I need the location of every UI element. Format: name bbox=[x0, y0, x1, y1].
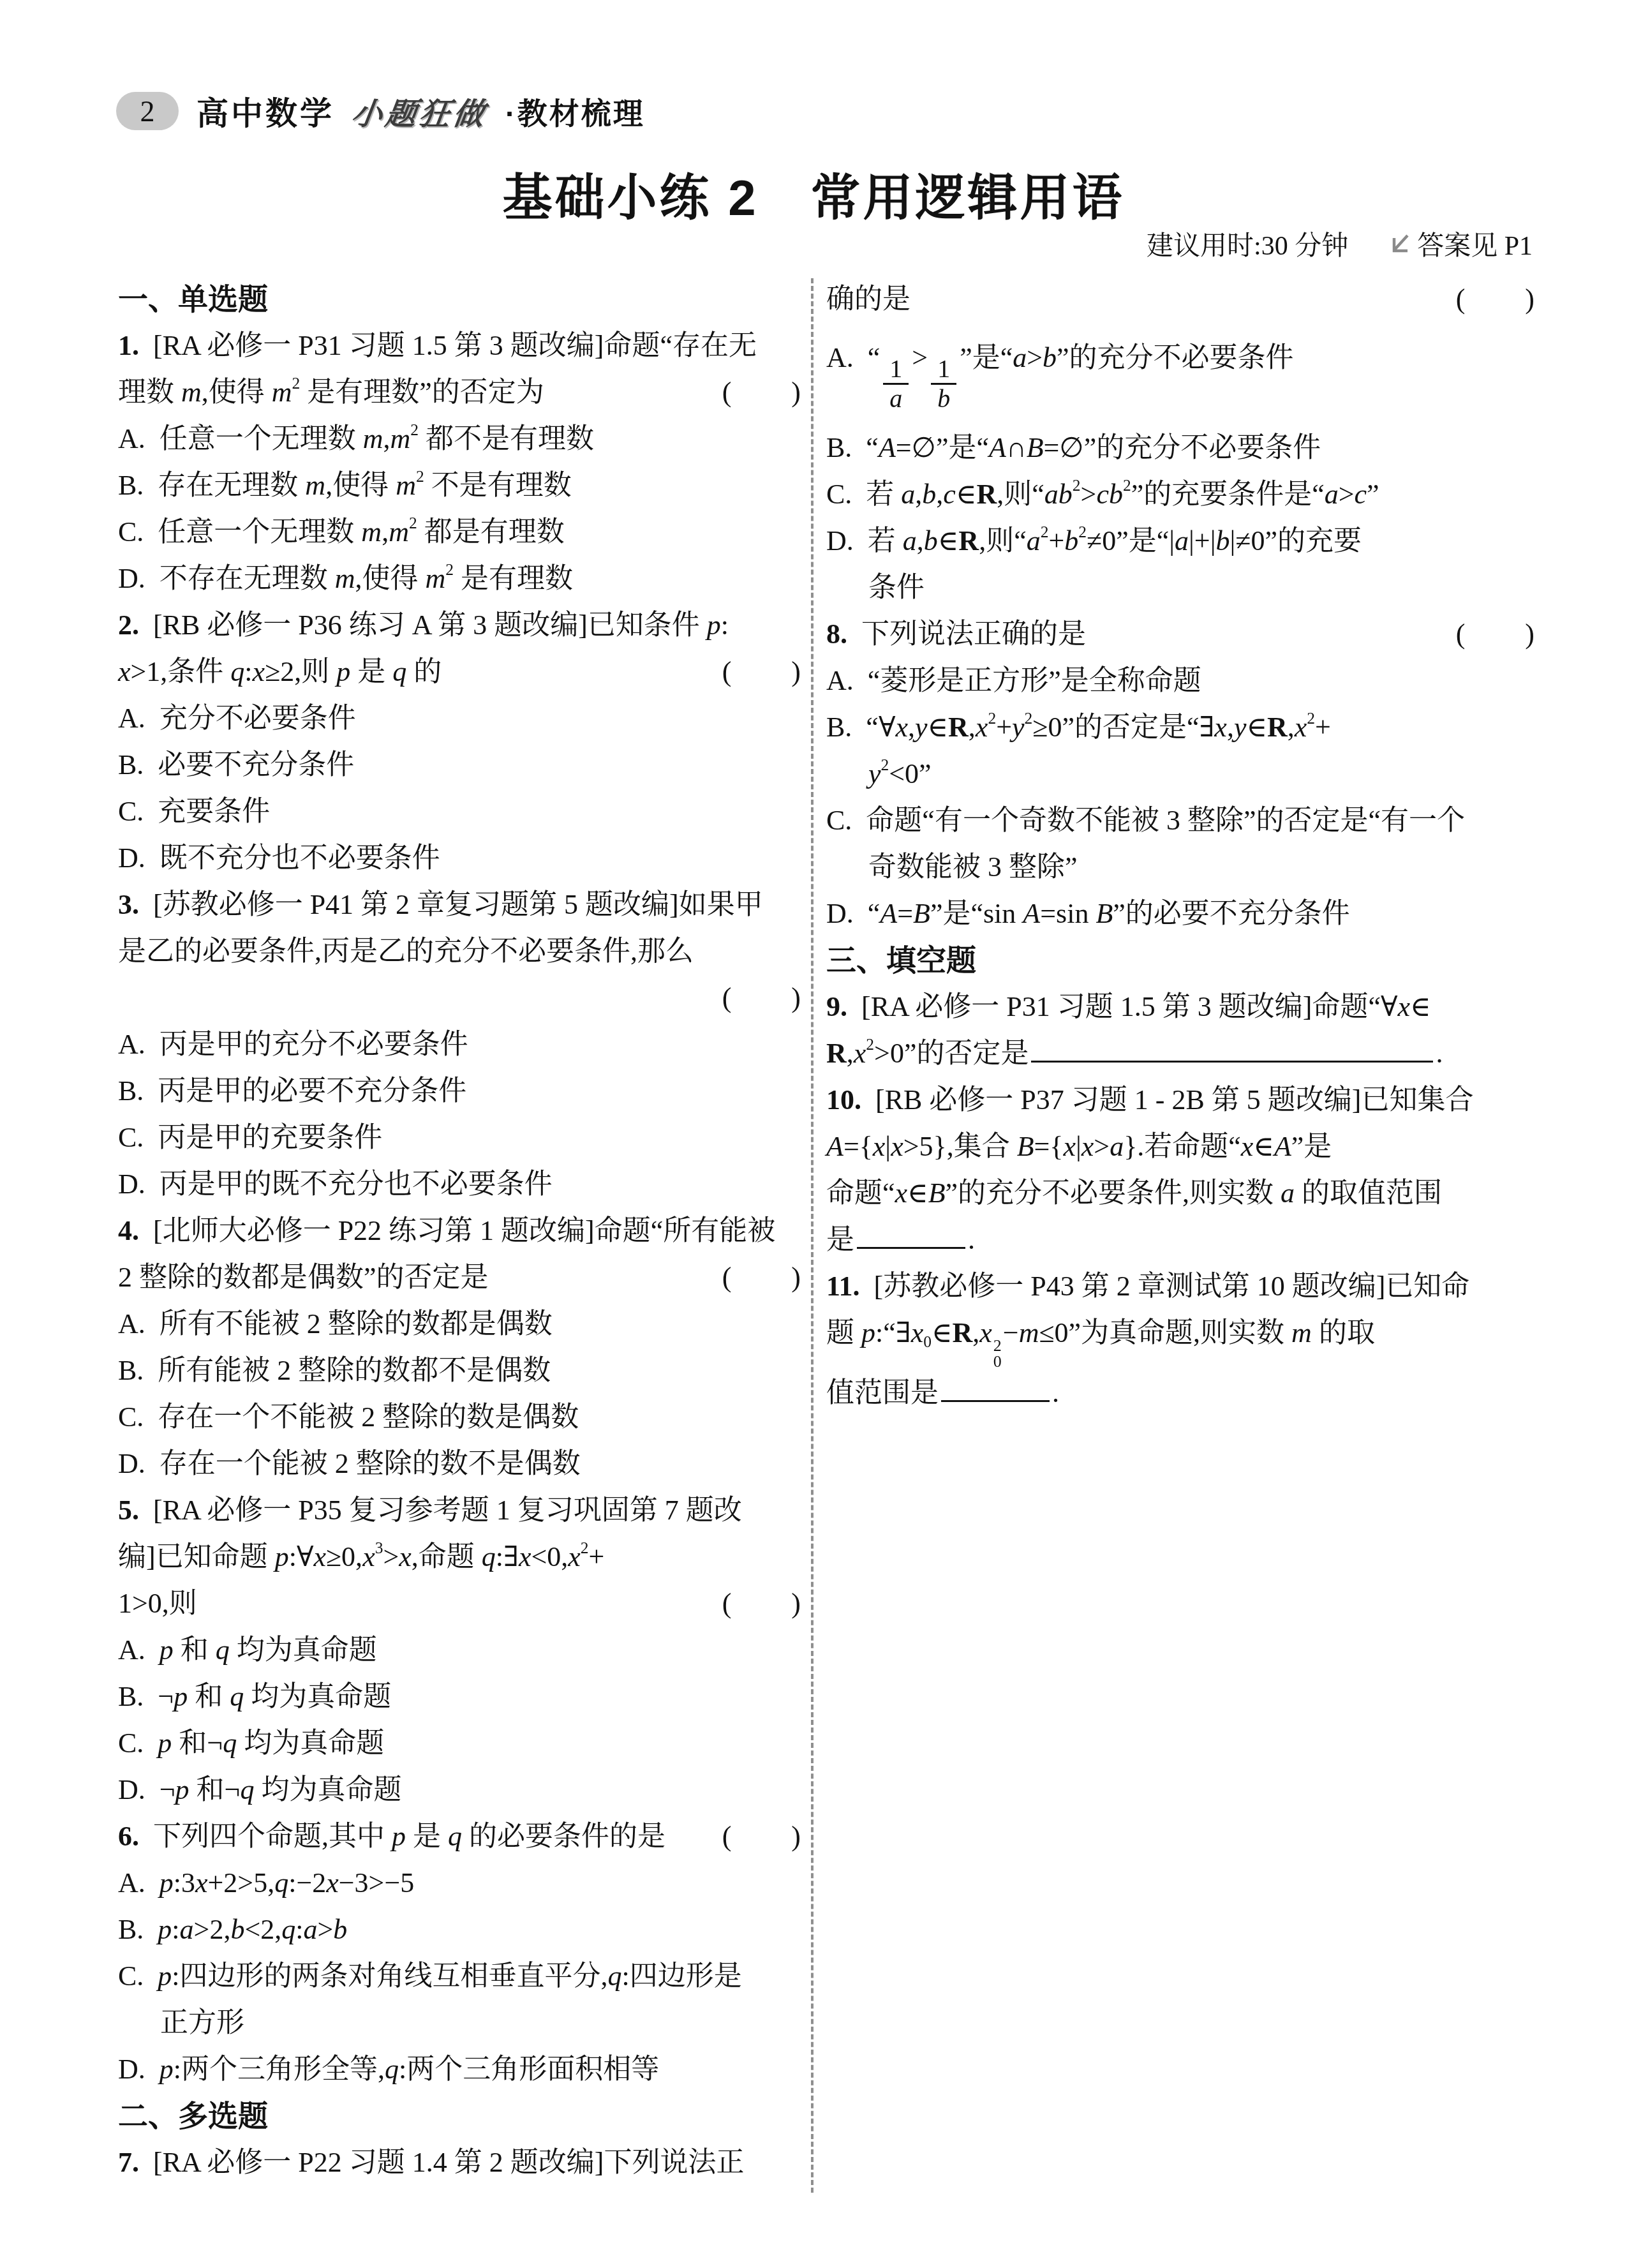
line-text: 1>0,则 bbox=[118, 1580, 197, 1627]
line-text: 三、填空题 bbox=[826, 937, 976, 983]
question-text-line: 9. [RA 必修一 P31 习题 1.5 第 3 题改编]命题“∀x∈ bbox=[826, 983, 1536, 1030]
question-text-line: B. 丙是甲的必要不充分条件 bbox=[118, 1068, 802, 1114]
question-text-line: C. 充要条件 bbox=[118, 788, 802, 835]
question-text-line: A. 任意一个无理数 m,m2 都不是有理数 bbox=[118, 415, 802, 462]
section-heading: 一、单选题 bbox=[118, 276, 802, 322]
line-text: 正方形 bbox=[160, 1999, 244, 2046]
question-text-line: C. 命题“有一个奇数不能被 3 整除”的否定是“有一个 bbox=[826, 797, 1536, 844]
question-text-line: 8. 下列说法正确的是( ) bbox=[826, 611, 1536, 657]
line-text: 值范围是. bbox=[826, 1369, 1059, 1416]
question-text-line: ( ) bbox=[118, 974, 802, 1021]
question-text-line: D. ¬p 和¬q 均为真命题 bbox=[118, 1766, 802, 1813]
series-subtitle: ·教材梳理 bbox=[505, 90, 645, 133]
question-text-line: D. 存在一个能被 2 整除的数不是偶数 bbox=[118, 1440, 802, 1487]
page-header: 2 高中数学 小题狂做 ·教材梳理 bbox=[116, 88, 645, 134]
question-text-line: 3. [苏教必修一 P41 第 2 章复习题第 5 题改编]如果甲 bbox=[118, 881, 802, 928]
line-text: A. 充分不必要条件 bbox=[118, 695, 356, 742]
line-text: D. 不存在无理数 m,使得 m2 是有理数 bbox=[118, 555, 573, 602]
line-text: 11. [苏教必修一 P43 第 2 章测试第 10 题改编]已知命 bbox=[826, 1263, 1469, 1309]
line-text: C. p 和¬q 均为真命题 bbox=[118, 1720, 384, 1766]
line-text: 1. [RA 必修一 P31 习题 1.5 第 3 题改编]命题“存在无 bbox=[118, 322, 757, 369]
line-text: 奇数能被 3 整除” bbox=[868, 844, 1078, 890]
line-text: 9. [RA 必修一 P31 习题 1.5 第 3 题改编]命题“∀x∈ bbox=[826, 983, 1431, 1030]
line-text: B. 存在无理数 m,使得 m2 不是有理数 bbox=[118, 462, 572, 509]
left-column: 一、单选题1. [RA 必修一 P31 习题 1.5 第 3 题改编]命题“存在… bbox=[118, 276, 802, 2186]
line-text: 确的是 bbox=[826, 276, 910, 322]
question-text-line: C. 任意一个无理数 m,m2 都是有理数 bbox=[118, 509, 802, 555]
line-text: y2<0” bbox=[868, 750, 932, 797]
line-text: D. 存在一个能被 2 整除的数不是偶数 bbox=[118, 1440, 581, 1487]
exercise-meta: 建议用时:30 分钟 答案见 P1 bbox=[1147, 225, 1533, 263]
line-text: 是乙的必要条件,丙是乙的充分不必要条件,那么 bbox=[118, 928, 694, 974]
line-text: B. “∀x,y∈R,x2+y2≥0”的否定是“∃x,y∈R,x2+ bbox=[826, 704, 1331, 750]
line-text: 理数 m,使得 m2 是有理数”的否定为 bbox=[118, 369, 544, 415]
line-text: C. 命题“有一个奇数不能被 3 整除”的否定是“有一个 bbox=[826, 797, 1465, 844]
line-text: B. 丙是甲的必要不充分条件 bbox=[118, 1068, 466, 1114]
line-text: C. 若 a,b,c∈R,则“ab2>cb2”的充要条件是“a>c” bbox=[826, 471, 1379, 518]
line-text: A. “1a>1b”是“a>b”的充分不必要条件 bbox=[826, 334, 1294, 412]
question-text-line: 7. [RA 必修一 P22 习题 1.4 第 2 题改编]下列说法正 bbox=[118, 2139, 802, 2186]
question-text-line: B. ¬p 和 q 均为真命题 bbox=[118, 1673, 802, 1720]
line-text: B. p:a>2,b<2,q:a>b bbox=[118, 1906, 347, 1953]
line-text: B. 所有能被 2 整除的数都不是偶数 bbox=[118, 1347, 551, 1394]
question-text-line: 题 p:“∃x0∈R,x20−m≤0”为真命题,则实数 m 的取 bbox=[826, 1309, 1536, 1369]
line-text: 6. 下列四个命题,其中 p 是 q 的必要条件的是 bbox=[118, 1813, 665, 1860]
line-text: A={x|x>5},集合 B={x|x>a}.若命题“x∈A”是 bbox=[826, 1123, 1332, 1170]
line-text: 2 整除的数都是偶数”的否定是 bbox=[118, 1254, 489, 1301]
question-text-line: 命题“x∈B”的充分不必要条件,则实数 a 的取值范围 bbox=[826, 1170, 1536, 1216]
line-text: A. “菱形是正方形”是全称命题 bbox=[826, 657, 1201, 704]
answer-parentheses: ( ) bbox=[1456, 611, 1536, 657]
line-text: 一、单选题 bbox=[118, 276, 268, 322]
line-text: D. 既不充分也不必要条件 bbox=[118, 835, 440, 881]
question-text-line: 10. [RB 必修一 P37 习题 1 - 2B 第 5 题改编]已知集合 bbox=[826, 1077, 1536, 1123]
line-text: C. 存在一个不能被 2 整除的数是偶数 bbox=[118, 1394, 579, 1440]
answer-parentheses: ( ) bbox=[722, 974, 802, 1021]
question-text-line: 是. bbox=[826, 1216, 1536, 1263]
line-text: 编]已知命题 p:∀x≥0,x3>x,命题 q:∃x<0,x2+ bbox=[118, 1533, 604, 1580]
line-text: 2. [RB 必修一 P36 练习 A 第 3 题改编]已知条件 p: bbox=[118, 602, 729, 648]
line-text: A. 任意一个无理数 m,m2 都不是有理数 bbox=[118, 415, 594, 462]
line-text: 3. [苏教必修一 P41 第 2 章复习题第 5 题改编]如果甲 bbox=[118, 881, 763, 928]
brand-logo: 小题狂做 bbox=[349, 89, 491, 133]
line-text: D. 若 a,b∈R,则“a2+b2≠0”是“|a|+|b|≠0”的充要 bbox=[826, 518, 1362, 564]
page-number-badge: 2 bbox=[116, 92, 179, 130]
question-text-line: 编]已知命题 p:∀x≥0,x3>x,命题 q:∃x<0,x2+ bbox=[118, 1533, 802, 1580]
question-text-line: A={x|x>5},集合 B={x|x>a}.若命题“x∈A”是 bbox=[826, 1123, 1536, 1170]
question-text-line: A. “1a>1b”是“a>b”的充分不必要条件 bbox=[826, 322, 1536, 424]
answer-parentheses: ( ) bbox=[722, 1580, 802, 1627]
question-text-line: 1. [RA 必修一 P31 习题 1.5 第 3 题改编]命题“存在无 bbox=[118, 322, 802, 369]
question-text-line: 确的是( ) bbox=[826, 276, 1536, 322]
answer-parentheses: ( ) bbox=[722, 1813, 802, 1860]
answer-parentheses: ( ) bbox=[722, 648, 802, 695]
question-text-line: 1>0,则( ) bbox=[118, 1580, 802, 1627]
question-text-line: A. 丙是甲的充分不必要条件 bbox=[118, 1021, 802, 1068]
line-text: x>1,条件 q:x≥2,则 p 是 q 的 bbox=[118, 648, 442, 695]
question-text-line: C. 若 a,b,c∈R,则“ab2>cb2”的充要条件是“a>c” bbox=[826, 471, 1536, 518]
line-text: 条件 bbox=[868, 564, 925, 611]
page-title: 基础小练 2 常用逻辑用语 bbox=[0, 158, 1627, 230]
line-text: A. p:3x+2>5,q:−2x−3>−5 bbox=[118, 1860, 414, 1906]
question-text-line: 2 整除的数都是偶数”的否定是( ) bbox=[118, 1254, 802, 1301]
line-text: R,x2>0”的否定是. bbox=[826, 1030, 1443, 1077]
line-text: 10. [RB 必修一 P37 习题 1 - 2B 第 5 题改编]已知集合 bbox=[826, 1077, 1473, 1123]
question-text-line: 5. [RA 必修一 P35 复习参考题 1 复习巩固第 7 题改 bbox=[118, 1487, 802, 1533]
line-text: D. “A=B”是“sin A=sin B”的必要不充分条件 bbox=[826, 890, 1350, 937]
question-text-line: 值范围是. bbox=[826, 1369, 1536, 1416]
answers-reference: 答案见 P1 bbox=[1417, 225, 1533, 263]
question-text-line: 6. 下列四个命题,其中 p 是 q 的必要条件的是( ) bbox=[118, 1813, 802, 1860]
question-text-line: D. 既不充分也不必要条件 bbox=[118, 835, 802, 881]
answer-parentheses: ( ) bbox=[722, 369, 802, 415]
question-text-line: B. 必要不充分条件 bbox=[118, 742, 802, 788]
question-text-line: D. 若 a,b∈R,则“a2+b2≠0”是“|a|+|b|≠0”的充要 bbox=[826, 518, 1536, 564]
line-text: B. 必要不充分条件 bbox=[118, 742, 354, 788]
question-text-line: A. p:3x+2>5,q:−2x−3>−5 bbox=[118, 1860, 802, 1906]
line-text: 8. 下列说法正确的是 bbox=[826, 611, 1086, 657]
line-text: 5. [RA 必修一 P35 复习参考题 1 复习巩固第 7 题改 bbox=[118, 1487, 742, 1533]
question-text-line: 条件 bbox=[826, 564, 1536, 611]
line-text: B. “A=∅”是“A∩B=∅”的充分不必要条件 bbox=[826, 424, 1321, 471]
question-text-line: D. 丙是甲的既不充分也不必要条件 bbox=[118, 1161, 802, 1207]
line-text: 题 p:“∃x0∈R,x20−m≤0”为真命题,则实数 m 的取 bbox=[826, 1309, 1375, 1369]
line-text: D. 丙是甲的既不充分也不必要条件 bbox=[118, 1161, 553, 1207]
question-text-line: 11. [苏教必修一 P43 第 2 章测试第 10 题改编]已知命 bbox=[826, 1263, 1536, 1309]
question-text-line: 正方形 bbox=[118, 1999, 802, 2046]
section-heading: 三、填空题 bbox=[826, 937, 1536, 983]
line-text: A. p 和 q 均为真命题 bbox=[118, 1627, 377, 1673]
question-text-line: 奇数能被 3 整除” bbox=[826, 844, 1536, 890]
question-text-line: R,x2>0”的否定是. bbox=[826, 1030, 1536, 1077]
line-text: C. 丙是甲的充要条件 bbox=[118, 1114, 382, 1161]
question-text-line: A. “菱形是正方形”是全称命题 bbox=[826, 657, 1536, 704]
line-text: C. 充要条件 bbox=[118, 788, 270, 835]
question-text-line: D. 不存在无理数 m,使得 m2 是有理数 bbox=[118, 555, 802, 602]
line-text: A. 丙是甲的充分不必要条件 bbox=[118, 1021, 468, 1068]
line-text: 命题“x∈B”的充分不必要条件,则实数 a 的取值范围 bbox=[826, 1170, 1442, 1216]
question-text-line: C. 存在一个不能被 2 整除的数是偶数 bbox=[118, 1394, 802, 1440]
question-text-line: B. “A=∅”是“A∩B=∅”的充分不必要条件 bbox=[826, 424, 1536, 471]
question-text-line: y2<0” bbox=[826, 750, 1536, 797]
line-text: C. 任意一个无理数 m,m2 都是有理数 bbox=[118, 509, 565, 555]
question-text-line: C. 丙是甲的充要条件 bbox=[118, 1114, 802, 1161]
line-text: B. ¬p 和 q 均为真命题 bbox=[118, 1673, 391, 1720]
section-heading: 二、多选题 bbox=[118, 2093, 802, 2139]
question-text-line: 理数 m,使得 m2 是有理数”的否定为( ) bbox=[118, 369, 802, 415]
line-text: D. p:两个三角形全等,q:两个三角形面积相等 bbox=[118, 2046, 659, 2093]
question-text-line: 是乙的必要条件,丙是乙的充分不必要条件,那么 bbox=[118, 928, 802, 974]
column-divider bbox=[811, 278, 813, 2193]
question-text-line: 2. [RB 必修一 P36 练习 A 第 3 题改编]已知条件 p: bbox=[118, 602, 802, 648]
question-text-line: C. p 和¬q 均为真命题 bbox=[118, 1720, 802, 1766]
line-text: D. ¬p 和¬q 均为真命题 bbox=[118, 1766, 401, 1813]
question-text-line: D. “A=B”是“sin A=sin B”的必要不充分条件 bbox=[826, 890, 1536, 937]
question-text-line: 4. [北师大必修一 P22 练习第 1 题改编]命题“所有能被 bbox=[118, 1207, 802, 1254]
question-text-line: B. 存在无理数 m,使得 m2 不是有理数 bbox=[118, 462, 802, 509]
line-text: 7. [RA 必修一 P22 习题 1.4 第 2 题改编]下列说法正 bbox=[118, 2139, 744, 2186]
question-text-line: B. “∀x,y∈R,x2+y2≥0”的否定是“∃x,y∈R,x2+ bbox=[826, 704, 1536, 750]
line-text: 是. bbox=[826, 1216, 975, 1263]
question-text-line: x>1,条件 q:x≥2,则 p 是 q 的( ) bbox=[118, 648, 802, 695]
question-text-line: D. p:两个三角形全等,q:两个三角形面积相等 bbox=[118, 2046, 802, 2093]
line-text: 4. [北师大必修一 P22 练习第 1 题改编]命题“所有能被 bbox=[118, 1207, 775, 1254]
answers-corner-icon bbox=[1386, 231, 1412, 257]
answer-parentheses: ( ) bbox=[722, 1254, 802, 1301]
right-column: 确的是( )A. “1a>1b”是“a>b”的充分不必要条件B. “A=∅”是“… bbox=[826, 276, 1536, 1416]
question-text-line: C. p:四边形的两条对角线互相垂直平分,q:四边形是 bbox=[118, 1953, 802, 1999]
question-text-line: B. 所有能被 2 整除的数都不是偶数 bbox=[118, 1347, 802, 1394]
question-text-line: A. 充分不必要条件 bbox=[118, 695, 802, 742]
series-title: 高中数学 bbox=[197, 88, 334, 134]
line-text: C. p:四边形的两条对角线互相垂直平分,q:四边形是 bbox=[118, 1953, 742, 1999]
suggested-time: 建议用时:30 分钟 bbox=[1147, 225, 1348, 263]
question-text-line: A. 所有不能被 2 整除的数都是偶数 bbox=[118, 1301, 802, 1347]
question-text-line: B. p:a>2,b<2,q:a>b bbox=[118, 1906, 802, 1953]
line-text: 二、多选题 bbox=[118, 2093, 268, 2139]
question-text-line: A. p 和 q 均为真命题 bbox=[118, 1627, 802, 1673]
line-text: A. 所有不能被 2 整除的数都是偶数 bbox=[118, 1301, 553, 1347]
answer-parentheses: ( ) bbox=[1456, 276, 1536, 322]
